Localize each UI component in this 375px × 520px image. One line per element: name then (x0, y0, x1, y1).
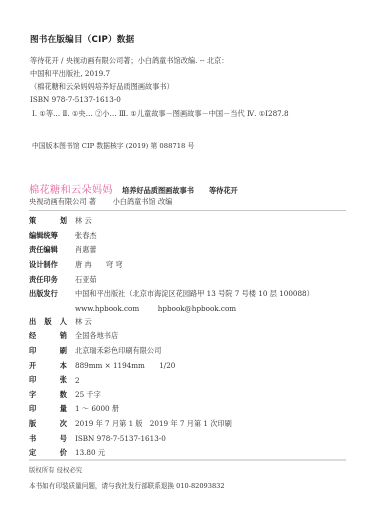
cip-classification: Ⅰ. ①等… Ⅱ. ①央… ②小… Ⅲ. ①儿童故事－图画故事－中国－当代 Ⅳ.… (32, 109, 289, 119)
credit-row-printing-manager: 责任印务 石亚茹 (29, 272, 314, 287)
divider-bottom (29, 459, 346, 461)
credit-value: 张春杰 (75, 231, 97, 241)
return-notice: 本书如有印装质量问题，请与我社发行部联系退换 010-82093832 (29, 480, 225, 490)
spec-label: 印张 (29, 375, 67, 385)
spec-value: 889mm × 1194mm 1/20 (75, 361, 175, 371)
spec-label: 印量 (29, 404, 67, 414)
credit-value: 石亚茹 (75, 275, 97, 285)
cip-line: 等待花开 / 央视动画有限公司著；小白鸽童书馆改编. -- 北京： (30, 54, 228, 67)
credit-label: 责任编辑 (29, 245, 67, 255)
credit-row-planning: 策划 林 云 (29, 214, 314, 229)
spec-label: 定价 (29, 448, 67, 458)
credit-row-design: 设计制作 唐 冉 穹 穹 (29, 258, 314, 273)
spec-value: 2 (75, 376, 80, 385)
spec-label: 书号 (29, 434, 67, 444)
spec-label: 字数 (29, 390, 67, 400)
spec-label: 经销 (29, 331, 67, 341)
spec-label: 开本 (29, 361, 67, 371)
credit-row-publisher: 出版发行 中国和平出版社（北京市海淀区花园路甲 13 号院 7 号楼 10 层 … (29, 287, 314, 302)
spec-row-distribution: 经销 全国各地书店 (29, 329, 314, 344)
spec-value: ISBN 978-7-5137-1613-0 (75, 434, 166, 443)
credit-label: 编辑统筹 (29, 231, 67, 241)
credit-label: 策划 (29, 216, 67, 226)
spec-label: 版次 (29, 419, 67, 429)
divider-top (29, 210, 346, 211)
cip-line: ISBN 978-7-5137-1613-0 (30, 93, 228, 106)
credit-value: 唐 冉 穹 穹 (75, 260, 123, 270)
credit-row-editorial-coordinator: 编辑统筹 张春杰 (29, 229, 314, 244)
author: 央视动画有限公司 著 (29, 197, 96, 206)
spec-row-printer: 印刷 北京瑞禾彩色印刷有限公司 (29, 344, 314, 359)
credit-row-responsible-editor: 责任编辑 肖惠蕾 (29, 243, 314, 258)
spec-row-edition: 版次 2019 年 7 月第 1 版 2019 年 7 月第 1 次印刷 (29, 417, 314, 432)
credit-label: 出版发行 (29, 289, 67, 299)
credits-block: 策划 林 云 编辑统筹 张春杰 责任编辑 肖惠蕾 设计制作 唐 冉 穹 穹 责任… (29, 214, 314, 461)
spec-row-publisher-person: 出版人 林 云 (29, 315, 314, 330)
spec-value: 1 ～ 6000 册 (75, 404, 119, 414)
spec-value: 13.80 元 (75, 448, 105, 458)
spec-value: 2019 年 7 月第 1 版 2019 年 7 月第 1 次印刷 (75, 419, 232, 429)
spec-value: 林 云 (75, 317, 92, 327)
copyright-notice: 版权所有 侵权必究 (29, 465, 82, 474)
cip-heading: 图书在版编目（CIP）数据 (30, 33, 134, 45)
contact-row: www.hpbook.com hpbook@hpbook.com (29, 302, 314, 315)
series-header: 棉花糖和云朵妈妈 培养好品质图画故事书 等待花开 (29, 178, 238, 197)
spec-value: 北京瑞禾彩色印刷有限公司 (75, 346, 161, 356)
cip-data-number: 中国版本图书馆 CIP 数据核字 (2019) 第 088718 号 (32, 140, 194, 150)
credit-value: 肖惠蕾 (75, 245, 97, 255)
series-subtitle: 培养好品质图画故事书 (122, 186, 194, 195)
credit-value: 中国和平出版社（北京市海淀区花园路甲 13 号院 7 号楼 10 层 10008… (75, 289, 314, 299)
spec-value: 全国各地书店 (75, 331, 118, 341)
spec-row-isbn: 书号 ISBN 978-7-5137-1613-0 (29, 431, 314, 446)
spec-label: 印刷 (29, 346, 67, 356)
spec-value: 25 千字 (75, 390, 101, 400)
cip-line: （棉花糖和云朵妈妈培养好品质图画故事书） (30, 80, 228, 93)
spec-row-format: 开本 889mm × 1194mm 1/20 (29, 358, 314, 373)
book-title: 等待花开 (209, 186, 238, 195)
authors-line: 央视动画有限公司 著 小白鸽童书馆 改编 (29, 197, 172, 207)
series-title: 棉花糖和云朵妈妈 (29, 185, 113, 196)
cip-record: 等待花开 / 央视动画有限公司著；小白鸽童书馆改编. -- 北京： 中国和平出版… (30, 54, 228, 106)
credit-label: 设计制作 (29, 260, 67, 270)
credit-value: 林 云 (75, 216, 92, 226)
spec-row-word-count: 字数 25 千字 (29, 388, 314, 403)
credit-label: 责任印务 (29, 275, 67, 285)
copyright-page: 图书在版编目（CIP）数据 等待花开 / 央视动画有限公司著；小白鸽童书馆改编.… (0, 0, 375, 520)
adapter: 小白鸽童书馆 改编 (113, 197, 173, 206)
spec-label: 出版人 (29, 317, 67, 327)
website-link[interactable]: www.hpbook.com (75, 304, 139, 313)
spec-row-print-run: 印量 1 ～ 6000 册 (29, 402, 314, 417)
cip-line: 中国和平出版社, 2019.7 (30, 67, 228, 80)
spec-row-sheets: 印张 2 (29, 373, 314, 388)
email-link[interactable]: hpbook@hpbook.com (158, 304, 236, 313)
